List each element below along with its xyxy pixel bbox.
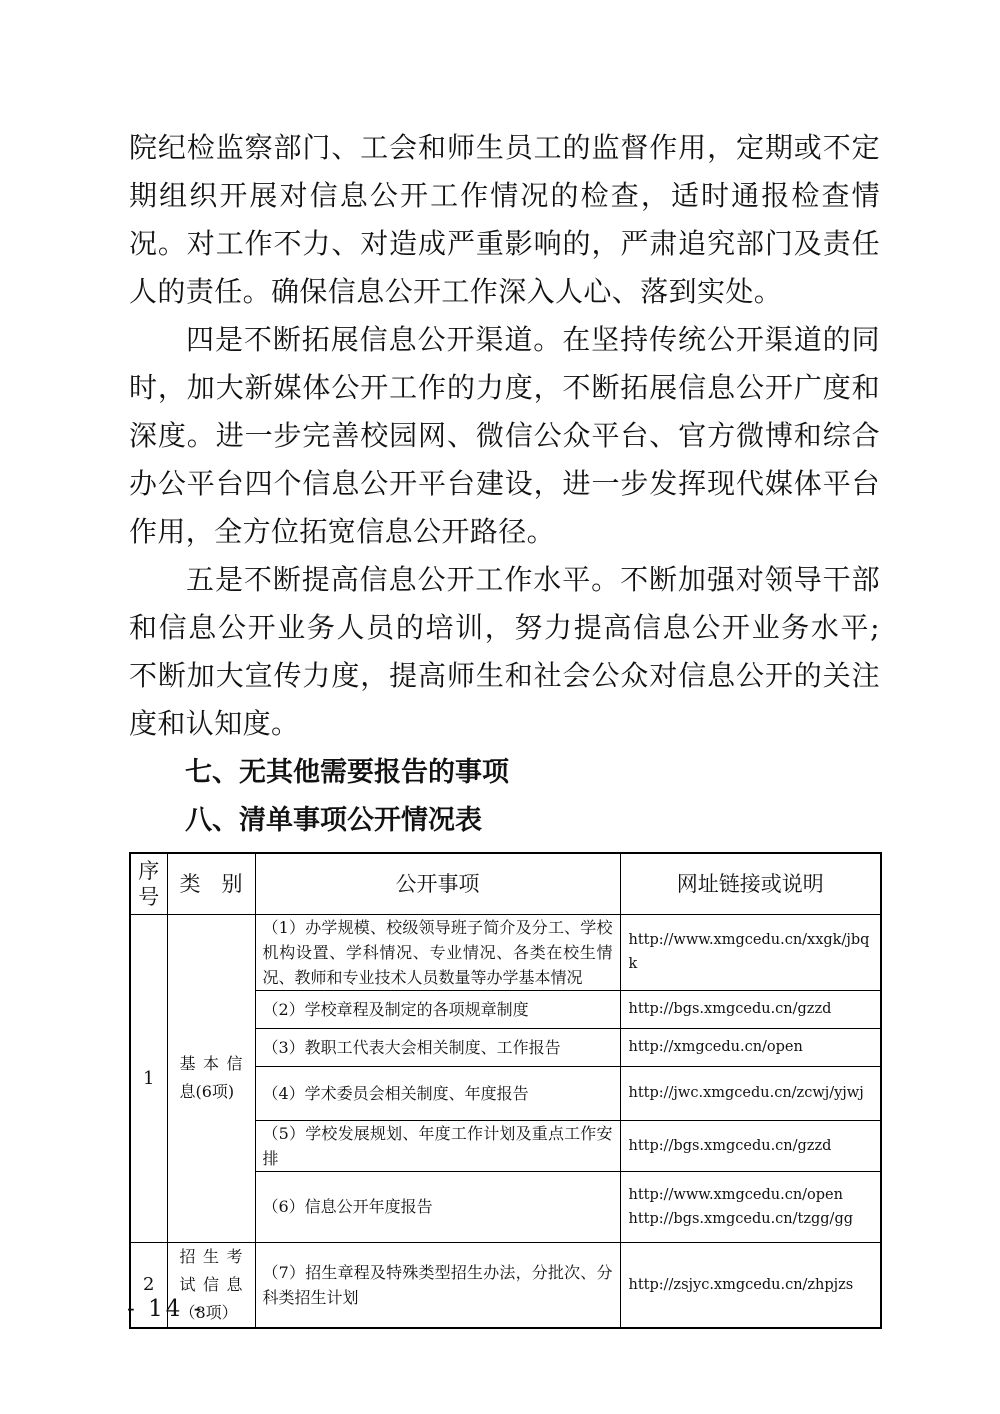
table-row: 2 招生考试信息（8项） （7）招生章程及特殊类型招生办法，分批次、分科类招生计…: [130, 1242, 881, 1328]
section-heading-7: 七、无其他需要报告的事项: [129, 750, 880, 796]
paragraph-channels: 四是不断拓展信息公开渠道。在坚持传统公开渠道的同时，加大新媒体公开工作的力度，不…: [129, 316, 880, 556]
cell-url-6: http://www.xmgcedu.cn/open http://bgs.xm…: [620, 1171, 881, 1242]
cell-item-5: （5）学校发展规划、年度工作计划及重点工作安排: [255, 1120, 620, 1171]
cell-serial-1: 1: [130, 914, 167, 1242]
paragraph-supervision: 院纪检监察部门、工会和师生员工的监督作用，定期或不定期组织开展对信息公开工作情况…: [129, 124, 880, 316]
cell-item-4: （4）学术委员会相关制度、年度报告: [255, 1066, 620, 1120]
url-line-1: http://www.xmgcedu.cn/open: [629, 1183, 875, 1207]
header-url-or-note: 网址链接或说明: [620, 853, 881, 914]
cell-url-7: http://zsjyc.xmgcedu.cn/zhpjzs: [620, 1242, 881, 1328]
cell-item-7: （7）招生章程及特殊类型招生办法，分批次、分科类招生计划: [255, 1242, 620, 1328]
header-disclosure-item: 公开事项: [255, 853, 620, 914]
document-page: 院纪检监察部门、工会和师生员工的监督作用，定期或不定期组织开展对信息公开工作情况…: [0, 0, 1000, 1414]
header-category: 类 别: [167, 853, 255, 914]
paragraph-level: 五是不断提高信息公开工作水平。不断加强对领导干部和信息公开业务人员的培训，努力提…: [129, 556, 880, 748]
cell-item-2: （2）学校章程及制定的各项规章制度: [255, 990, 620, 1028]
cell-url-2: http://bgs.xmgcedu.cn/gzzd: [620, 990, 881, 1028]
cell-item-6: （6）信息公开年度报告: [255, 1171, 620, 1242]
cell-category-basic-info: 基本信息(6项): [167, 914, 255, 1242]
section-heading-8: 八、清单事项公开情况表: [129, 798, 880, 844]
table-row: 1 基本信息(6项) （1）办学规模、校级领导班子简介及分工、学校机构设置、学科…: [130, 914, 881, 990]
document-content: 院纪检监察部门、工会和师生员工的监督作用，定期或不定期组织开展对信息公开工作情况…: [129, 124, 880, 1329]
cell-url-3: http://xmgcedu.cn/open: [620, 1028, 881, 1066]
url-line-2: http://bgs.xmgcedu.cn/tzgg/gg: [629, 1207, 875, 1231]
disclosure-table: 序号 类 别 公开事项 网址链接或说明 1 基本信息(6项) （1）办学规模、校…: [129, 852, 882, 1329]
cell-item-3: （3）教职工代表大会相关制度、工作报告: [255, 1028, 620, 1066]
cell-url-4: http://jwc.xmgcedu.cn/zcwj/yjwj: [620, 1066, 881, 1120]
table-header-row: 序号 类 别 公开事项 网址链接或说明: [130, 853, 881, 914]
header-serial-number: 序号: [130, 853, 167, 914]
page-number: - 14 -: [127, 1296, 204, 1322]
cell-item-1: （1）办学规模、校级领导班子简介及分工、学校机构设置、学科情况、专业情况、各类在…: [255, 914, 620, 990]
cell-url-5: http://bgs.xmgcedu.cn/gzzd: [620, 1120, 881, 1171]
cell-url-1: http://www.xmgcedu.cn/xxgk/jbqk: [620, 914, 881, 990]
